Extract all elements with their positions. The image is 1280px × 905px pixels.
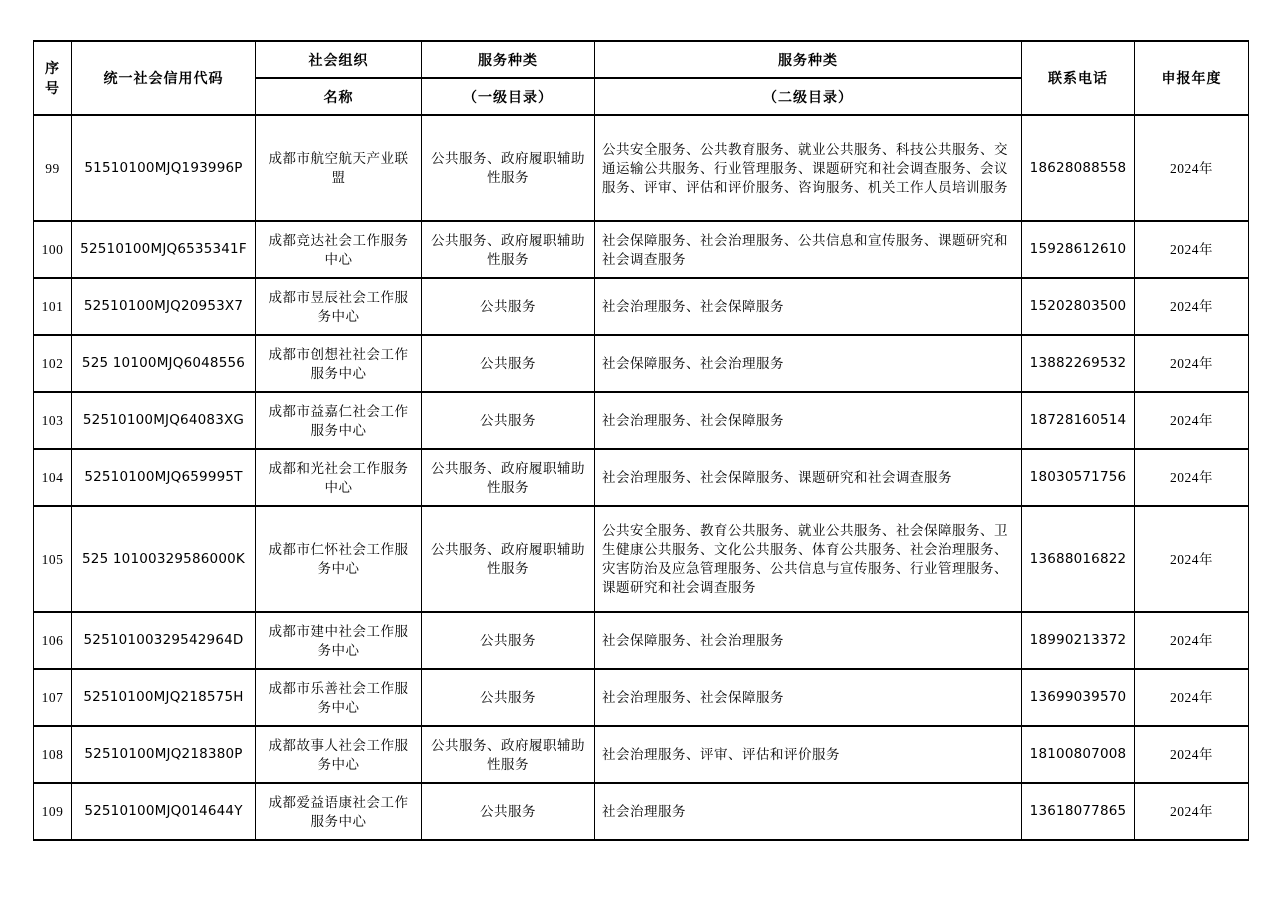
cell-service-level1: 公共服务 [422,278,595,335]
cell-serial-number: 106 [34,612,72,669]
cell-org-name: 成都和光社会工作服务中心 [256,449,422,506]
table-row: 104 52510100MJQ659995T 成都和光社会工作服务中心 公共服务… [34,449,1249,506]
table-row: 109 52510100MJQ014644Y 成都爱益语康社会工作服务中心 公共… [34,783,1249,840]
header-row-top: 序号 统一社会信用代码 社会组织 服务种类 服务种类 联系电话 申报年度 [34,41,1249,78]
cell-service-level1: 公共服务、政府履职辅助性服务 [422,726,595,783]
cell-service-level2: 社会治理服务、社会保障服务 [595,278,1022,335]
cell-phone: 18628088558 [1022,115,1135,221]
cell-org-name: 成都市建中社会工作服务中心 [256,612,422,669]
cell-credit-code: 52510100MJQ218380P [72,726,256,783]
cell-serial-number: 108 [34,726,72,783]
cell-service-level2: 公共安全服务、教育公共服务、就业公共服务、社会保障服务、卫生健康公共服务、文化公… [595,506,1022,612]
cell-serial-number: 105 [34,506,72,612]
cell-serial-number: 102 [34,335,72,392]
header-year: 申报年度 [1135,41,1249,115]
cell-service-level1: 公共服务 [422,612,595,669]
header-service-level2-bottom: （二级目录） [595,78,1022,115]
header-service-level1-bottom: （一级目录） [422,78,595,115]
cell-service-level1: 公共服务、政府履职辅助性服务 [422,115,595,221]
cell-service-level1: 公共服务、政府履职辅助性服务 [422,221,595,278]
cell-service-level2: 社会治理服务、社会保障服务 [595,392,1022,449]
cell-org-name: 成都竞达社会工作服务中心 [256,221,422,278]
header-credit-code: 统一社会信用代码 [72,41,256,115]
cell-credit-code: 52510100MJQ218575H [72,669,256,726]
cell-year: 2024年 [1135,221,1249,278]
cell-credit-code: 52510100329542964D [72,612,256,669]
cell-service-level2: 社会治理服务、社会保障服务 [595,669,1022,726]
cell-service-level2: 社会治理服务、评审、评估和评价服务 [595,726,1022,783]
cell-credit-code: 52510100MJQ6535341F [72,221,256,278]
header-org-bottom: 名称 [256,78,422,115]
cell-phone: 18990213372 [1022,612,1135,669]
cell-org-name: 成都爱益语康社会工作服务中心 [256,783,422,840]
cell-phone: 13699039570 [1022,669,1135,726]
header-phone: 联系电话 [1022,41,1135,115]
cell-service-level2: 社会保障服务、社会治理服务 [595,335,1022,392]
cell-service-level1: 公共服务 [422,669,595,726]
cell-phone: 13688016822 [1022,506,1135,612]
cell-phone: 15928612610 [1022,221,1135,278]
cell-service-level2: 社会保障服务、社会治理服务 [595,612,1022,669]
header-service-level1-top: 服务种类 [422,41,595,78]
table-row: 107 52510100MJQ218575H 成都市乐善社会工作服务中心 公共服… [34,669,1249,726]
table-row: 102 525 10100MJQ6048556 成都市创想社社会工作服务中心 公… [34,335,1249,392]
service-org-table: 序号 统一社会信用代码 社会组织 服务种类 服务种类 联系电话 申报年度 名称 … [33,40,1249,841]
cell-org-name: 成都市创想社社会工作服务中心 [256,335,422,392]
cell-year: 2024年 [1135,506,1249,612]
cell-credit-code: 51510100MJQ193996P [72,115,256,221]
cell-year: 2024年 [1135,449,1249,506]
cell-org-name: 成都市昱辰社会工作服务中心 [256,278,422,335]
cell-serial-number: 107 [34,669,72,726]
cell-service-level2: 社会保障服务、社会治理服务、公共信息和宣传服务、课题研究和社会调查服务 [595,221,1022,278]
header-service-level2-top: 服务种类 [595,41,1022,78]
cell-credit-code: 52510100MJQ014644Y [72,783,256,840]
cell-credit-code: 52510100MJQ64083XG [72,392,256,449]
cell-service-level2: 公共安全服务、公共教育服务、就业公共服务、科技公共服务、交通运输公共服务、行业管… [595,115,1022,221]
cell-service-level1: 公共服务 [422,392,595,449]
cell-org-name: 成都市仁怀社会工作服务中心 [256,506,422,612]
cell-year: 2024年 [1135,612,1249,669]
table-row: 105 525 10100329586000K 成都市仁怀社会工作服务中心 公共… [34,506,1249,612]
cell-year: 2024年 [1135,115,1249,221]
cell-service-level1: 公共服务 [422,783,595,840]
table-row: 103 52510100MJQ64083XG 成都市益嘉仁社会工作服务中心 公共… [34,392,1249,449]
cell-phone: 13618077865 [1022,783,1135,840]
cell-serial-number: 99 [34,115,72,221]
cell-org-name: 成都故事人社会工作服务中心 [256,726,422,783]
cell-year: 2024年 [1135,392,1249,449]
header-org-top: 社会组织 [256,41,422,78]
table-body: 99 51510100MJQ193996P 成都市航空航天产业联盟 公共服务、政… [34,115,1249,840]
cell-org-name: 成都市益嘉仁社会工作服务中心 [256,392,422,449]
cell-service-level2: 社会治理服务、社会保障服务、课题研究和社会调查服务 [595,449,1022,506]
cell-year: 2024年 [1135,783,1249,840]
cell-serial-number: 109 [34,783,72,840]
cell-credit-code: 52510100MJQ20953X7 [72,278,256,335]
table-row: 108 52510100MJQ218380P 成都故事人社会工作服务中心 公共服… [34,726,1249,783]
cell-phone: 15202803500 [1022,278,1135,335]
cell-credit-code: 525 10100329586000K [72,506,256,612]
cell-year: 2024年 [1135,726,1249,783]
cell-org-name: 成都市航空航天产业联盟 [256,115,422,221]
cell-phone: 18030571756 [1022,449,1135,506]
table-row: 99 51510100MJQ193996P 成都市航空航天产业联盟 公共服务、政… [34,115,1249,221]
cell-serial-number: 100 [34,221,72,278]
cell-year: 2024年 [1135,669,1249,726]
table-row: 106 52510100329542964D 成都市建中社会工作服务中心 公共服… [34,612,1249,669]
cell-phone: 13882269532 [1022,335,1135,392]
cell-serial-number: 104 [34,449,72,506]
cell-service-level1: 公共服务、政府履职辅助性服务 [422,506,595,612]
header-serial-number: 序号 [34,41,72,115]
cell-phone: 18728160514 [1022,392,1135,449]
cell-year: 2024年 [1135,335,1249,392]
cell-credit-code: 525 10100MJQ6048556 [72,335,256,392]
table-header: 序号 统一社会信用代码 社会组织 服务种类 服务种类 联系电话 申报年度 名称 … [34,41,1249,115]
table-row: 101 52510100MJQ20953X7 成都市昱辰社会工作服务中心 公共服… [34,278,1249,335]
cell-credit-code: 52510100MJQ659995T [72,449,256,506]
table-row: 100 52510100MJQ6535341F 成都竞达社会工作服务中心 公共服… [34,221,1249,278]
cell-service-level1: 公共服务、政府履职辅助性服务 [422,449,595,506]
cell-org-name: 成都市乐善社会工作服务中心 [256,669,422,726]
cell-service-level1: 公共服务 [422,335,595,392]
cell-year: 2024年 [1135,278,1249,335]
cell-serial-number: 103 [34,392,72,449]
cell-service-level2: 社会治理服务 [595,783,1022,840]
cell-phone: 18100807008 [1022,726,1135,783]
cell-serial-number: 101 [34,278,72,335]
